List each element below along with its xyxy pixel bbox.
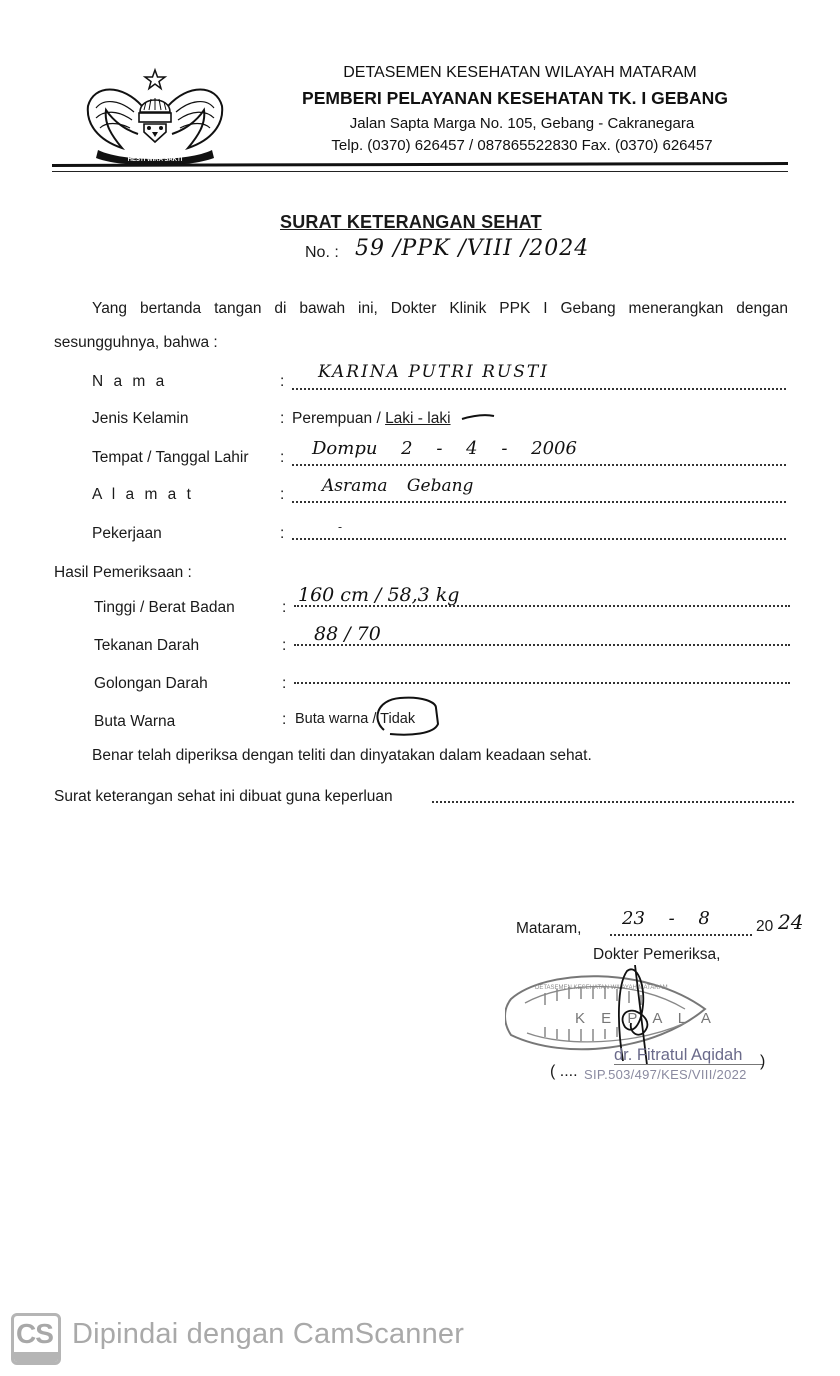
field-colon: :	[282, 599, 286, 617]
sip-close-paren: )	[760, 1053, 765, 1071]
gender-option-male-struck: Laki - laki	[385, 410, 450, 427]
field-label-blood-pressure: Tekanan Darah	[94, 637, 199, 655]
field-colon: :	[280, 525, 284, 543]
svg-text:DETASEMEN KESEHATAN WILAYAH MA: DETASEMEN KESEHATAN WILAYAH MATARAM	[535, 985, 668, 991]
purpose-label: Surat keterangan sehat ini dibuat guna k…	[54, 788, 393, 806]
signature-place: Mataram,	[516, 920, 581, 938]
field-value-height-weight: 160 cm / 58,3 kg	[298, 584, 459, 606]
camscanner-watermark-text: Dipindai dengan CamScanner	[72, 1318, 464, 1351]
military-emblem-logo: HESTI WIRA SAKTI	[82, 66, 228, 166]
field-label-birth: Tempat / Tanggal Lahir	[92, 449, 249, 467]
intro-line-1: Yang bertanda tangan di bawah ini, Dokte…	[92, 300, 788, 318]
exam-section-label: Hasil Pemeriksaan :	[54, 564, 192, 582]
field-label-height-weight: Tinggi / Berat Badan	[94, 599, 235, 617]
field-colon: :	[282, 637, 286, 655]
field-label-occupation: Pekerjaan	[92, 525, 162, 543]
circle-mark-tidak	[370, 694, 444, 738]
health-statement: Benar telah diperiksa dengan teliti dan …	[92, 747, 592, 765]
field-colon: :	[280, 486, 284, 504]
field-line-birth	[292, 464, 786, 466]
field-colon: :	[280, 410, 284, 428]
letterhead-contact: Telp. (0370) 626457 / 087865522830 Fax. …	[262, 137, 782, 154]
signature-role: Dokter Pemeriksa,	[593, 946, 720, 964]
field-colon: :	[282, 675, 286, 693]
field-line-date	[610, 934, 752, 936]
strike-mark	[460, 410, 496, 422]
letterhead-unit: DETASEMEN KESEHATAN WILAYAH MATARAM	[255, 64, 785, 82]
document-title: SURAT KETERANGAN SEHAT	[280, 212, 542, 233]
field-line-purpose	[432, 801, 794, 803]
field-line-blood-type	[294, 682, 790, 684]
field-value-blood-pressure: 88 / 70	[314, 623, 381, 645]
document-number-value: 59 /PPK /VIII /2024	[355, 236, 589, 261]
doctor-name-underline	[614, 1064, 764, 1065]
camscanner-logo: CS	[11, 1313, 61, 1365]
letterhead-institution: PEMBERI PELAYANAN KESEHATAN TK. I GEBANG	[250, 88, 780, 109]
signature-year-prefix: 20	[756, 918, 773, 936]
field-value-address: Asrama Gebang	[322, 476, 473, 496]
field-colon: :	[282, 711, 286, 729]
gender-option-female: Perempuan /	[292, 410, 385, 427]
field-label-name: N a m a	[92, 373, 167, 391]
field-colon: :	[280, 373, 284, 391]
field-line-occupation	[292, 538, 786, 540]
field-label-address: A l a m a t	[92, 486, 194, 504]
doctor-name: dr. Fitratul Aqidah	[614, 1046, 742, 1065]
doctor-sip: SIP.503/497/KES/VIII/2022	[584, 1067, 747, 1082]
document-number-label: No. :	[305, 244, 339, 262]
signature-date-value: 23 - 8	[622, 908, 710, 929]
field-value-birth: Dompu 2 - 4 - 2006	[312, 438, 577, 459]
field-line-address	[292, 501, 786, 503]
letterhead-thin-rule	[52, 171, 788, 172]
intro-line-2: sesungguhnya, bahwa :	[54, 334, 218, 352]
sip-open-paren: ( ....	[550, 1063, 578, 1081]
letterhead-thick-rule	[52, 162, 788, 167]
signature-year-value: 24	[778, 910, 803, 934]
field-line-name	[292, 388, 786, 390]
field-label-gender: Jenis Kelamin	[92, 410, 189, 428]
field-label-color-blindness: Buta Warna	[94, 713, 175, 731]
field-colon: :	[280, 449, 284, 467]
field-label-blood-type: Golongan Darah	[94, 675, 208, 693]
svg-text:HESTI WIRA SAKTI: HESTI WIRA SAKTI	[128, 157, 183, 163]
field-value-gender: Perempuan / Laki - laki	[292, 410, 451, 428]
field-value-name: KARINA PUTRI RUSTI	[318, 362, 549, 382]
letterhead-address: Jalan Sapta Marga No. 105, Gebang - Cakr…	[262, 115, 782, 132]
field-value-occupation: -	[338, 520, 342, 534]
